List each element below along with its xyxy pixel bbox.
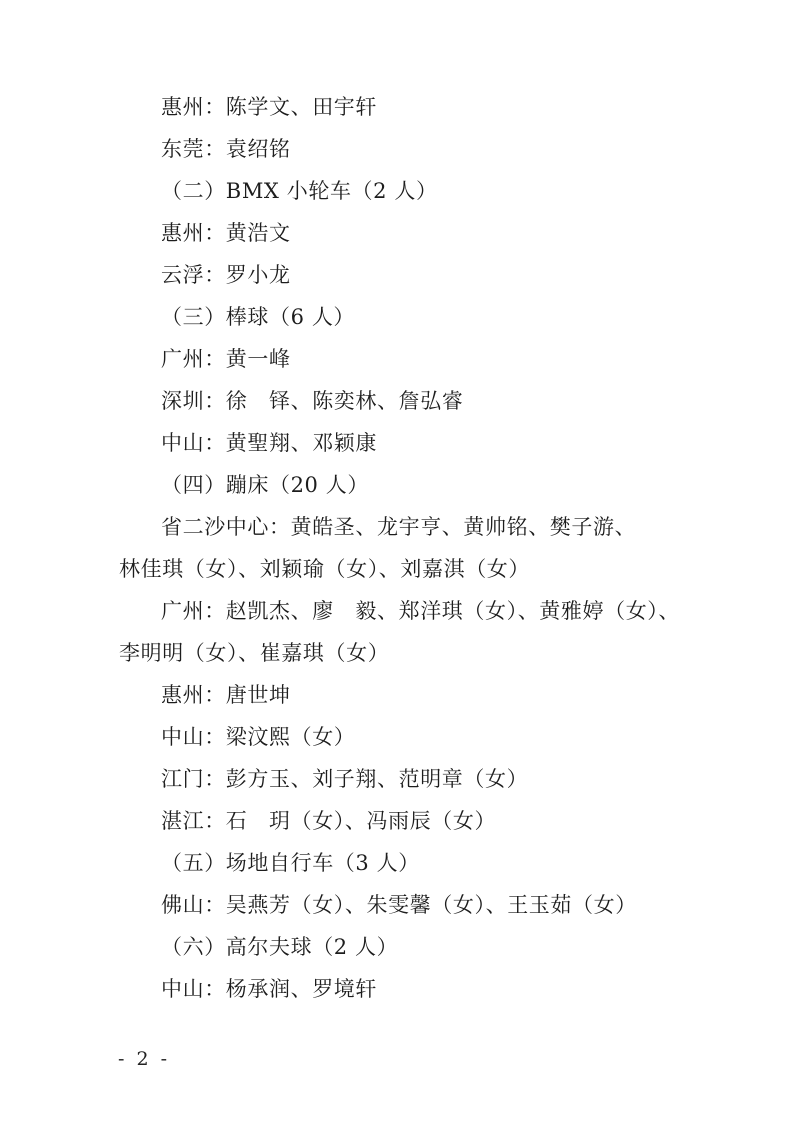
- roster-line: 广州：黄一峰: [119, 338, 739, 380]
- roster-line-continuation: 李明明（女）、崔嘉琪（女）: [119, 632, 739, 674]
- sport-section-heading: （三）棒球（6 人）: [119, 296, 739, 338]
- roster-line: 湛江：石 玥（女）、冯雨辰（女）: [119, 800, 739, 842]
- document-page: 惠州：陈学文、田宇轩东莞：袁绍铭（二）BMX 小轮车（2 人）惠州：黄浩文云浮：…: [0, 0, 794, 1123]
- page-number: - 2 -: [118, 1048, 170, 1070]
- roster-line: 惠州：陈学文、田宇轩: [119, 86, 739, 128]
- sport-section-heading: （五）场地自行车（3 人）: [119, 842, 739, 884]
- roster-line: 江门：彭方玉、刘子翔、范明章（女）: [119, 758, 739, 800]
- roster-line: 中山：梁汶熙（女）: [119, 716, 739, 758]
- sport-section-heading: （四）蹦床（20 人）: [119, 464, 739, 506]
- roster-line: 广州：赵凯杰、廖 毅、郑洋琪（女）、黄雅婷（女）、: [119, 590, 739, 632]
- roster-line: 佛山：吴燕芳（女）、朱雯馨（女）、王玉茹（女）: [119, 884, 739, 926]
- sport-section-heading: （六）高尔夫球（2 人）: [119, 926, 739, 968]
- roster-line: 惠州：黄浩文: [119, 212, 739, 254]
- roster-line: 东莞：袁绍铭: [119, 128, 739, 170]
- document-body: 惠州：陈学文、田宇轩东莞：袁绍铭（二）BMX 小轮车（2 人）惠州：黄浩文云浮：…: [119, 86, 739, 1010]
- roster-line: 中山：黄聖翔、邓颖康: [119, 422, 739, 464]
- roster-line-continuation: 林佳琪（女）、刘颖瑜（女）、刘嘉淇（女）: [119, 548, 739, 590]
- roster-line: 中山：杨承润、罗境轩: [119, 968, 739, 1010]
- roster-line: 省二沙中心：黄皓圣、龙宇亨、黄帅铭、樊子游、: [119, 506, 739, 548]
- roster-line: 深圳：徐 铎、陈奕林、詹弘睿: [119, 380, 739, 422]
- roster-line: 云浮：罗小龙: [119, 254, 739, 296]
- roster-line: 惠州：唐世坤: [119, 674, 739, 716]
- sport-section-heading: （二）BMX 小轮车（2 人）: [119, 170, 739, 212]
